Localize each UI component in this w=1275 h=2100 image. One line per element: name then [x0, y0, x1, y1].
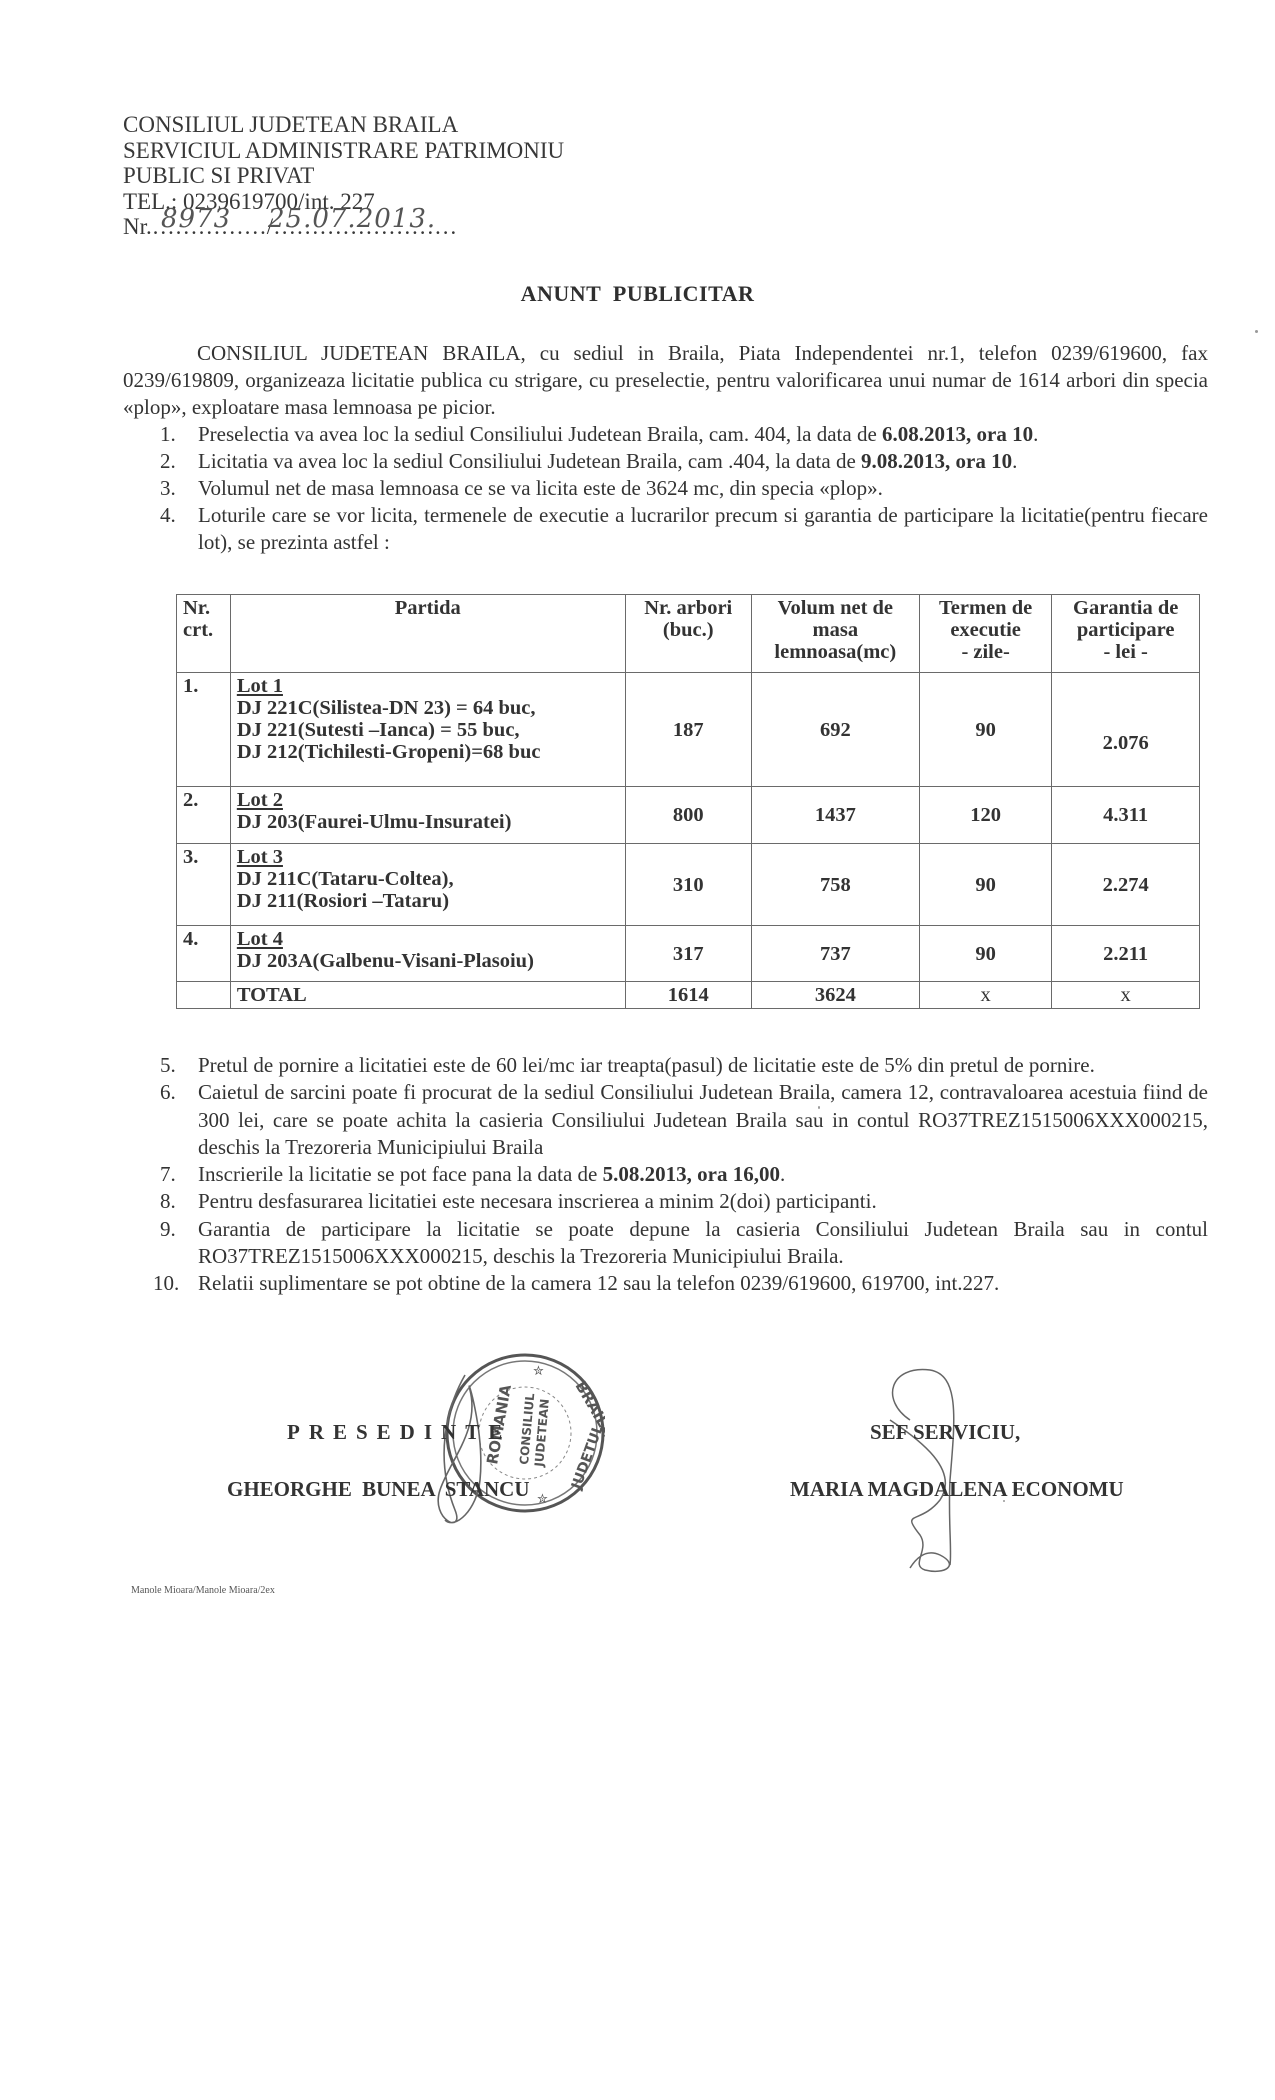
- list-item: 9.Garantia de participare la licitatie s…: [123, 1216, 1208, 1271]
- conditions-list-lower: 5.Pretul de pornire a licitatiei este de…: [123, 1052, 1208, 1298]
- cell-nr-crt: 4.: [177, 926, 231, 982]
- column-header-termen-executie: Termen deexecutie- zile-: [919, 595, 1051, 673]
- president-name: GHEORGHE BUNEA STANCU: [227, 1477, 530, 1502]
- list-item-suffix: .: [1012, 449, 1017, 473]
- list-item-number: 7.: [160, 1161, 176, 1188]
- list-item: 6.Caietul de sarcini poate fi procurat d…: [123, 1079, 1208, 1161]
- cell-partida: Lot 3DJ 211C(Tataru-Coltea),DJ 211(Rosio…: [230, 844, 625, 926]
- president-role: PRESEDINTE: [287, 1420, 530, 1445]
- list-item-text: Loturile care se vor licita, termenele d…: [198, 503, 1208, 554]
- list-item: 8.Pentru desfasurarea licitatiei este ne…: [123, 1188, 1208, 1215]
- column-header-nr-crt: Nr.crt.: [177, 595, 231, 673]
- list-item: 3.Volumul net de masa lemnoasa ce se va …: [123, 475, 1208, 502]
- header-line-service: SERVICIUL ADMINISTRARE PATRIMONIU: [123, 138, 564, 164]
- list-item-emphasis: 5.08.2013, ora 16,00: [603, 1162, 780, 1186]
- list-item-emphasis: 6.08.2013, ora 10: [882, 422, 1033, 446]
- total-garantia: x: [1052, 982, 1200, 1009]
- road-segment: DJ 211C(Tataru-Coltea),: [237, 868, 619, 890]
- list-item-text: Pretul de pornire a licitatiei este de 6…: [198, 1053, 1095, 1077]
- cell-nr-arbori: 310: [625, 844, 751, 926]
- footer-note: Manole Mioara/Manole Mioara/2ex: [131, 1585, 275, 1596]
- cell-partida: Lot 4DJ 203A(Galbenu-Visani-Plasoiu): [230, 926, 625, 982]
- cell-garantia: 4.311: [1052, 787, 1200, 844]
- list-item-text: Inscrierile la licitatie se pot face pan…: [198, 1162, 603, 1186]
- cell-nr-arbori: 187: [625, 673, 751, 787]
- road-segment: DJ 221(Sutesti –Ianca) = 55 buc,: [237, 719, 619, 741]
- total-volum: 3624: [751, 982, 919, 1009]
- list-item-number: 9.: [160, 1216, 176, 1243]
- list-item: 7.Inscrierile la licitatie se pot face p…: [123, 1161, 1208, 1188]
- cell-garantia: 2.211: [1052, 926, 1200, 982]
- cell-volum: 692: [751, 673, 919, 787]
- total-arbori: 1614: [625, 982, 751, 1009]
- list-item-number: 3.: [160, 475, 176, 502]
- signature-block-president: PRESEDINTE GHEORGHE BUNEA STANCU: [227, 1420, 530, 1502]
- list-item-text: Garantia de participare la licitatie se …: [198, 1217, 1208, 1268]
- cell-garantia: 2.274: [1052, 844, 1200, 926]
- road-segment: DJ 203A(Galbenu-Visani-Plasoiu): [237, 950, 619, 972]
- cell-nr-arbori: 800: [625, 787, 751, 844]
- scan-speck: [1003, 1500, 1005, 1502]
- column-header-line: (buc.): [632, 619, 745, 641]
- list-item: 5.Pretul de pornire a licitatiei este de…: [123, 1052, 1208, 1079]
- column-header-line: Nr. arbori: [632, 597, 745, 619]
- cell-termen: 90: [919, 844, 1051, 926]
- header-line-sector: PUBLIC SI PRIVAT: [123, 163, 564, 189]
- list-item-suffix: .: [780, 1162, 785, 1186]
- list-item: 4.Loturile care se vor licita, termenele…: [123, 502, 1208, 556]
- list-item-number: 6.: [160, 1079, 176, 1106]
- column-header-partida: Partida: [230, 595, 625, 673]
- org-header: CONSILIUL JUDETEAN BRAILA SERVICIUL ADMI…: [123, 112, 564, 240]
- cell-nr-crt: 1.: [177, 673, 231, 787]
- svg-text:✮: ✮: [537, 1491, 548, 1506]
- list-item-number: 2.: [160, 448, 176, 475]
- column-header-line: Garantia de: [1058, 597, 1193, 619]
- list-item-text: Pentru desfasurarea licitatiei este nece…: [198, 1189, 877, 1213]
- column-header-volum-net: Volum net demasalemnoasa(mc): [751, 595, 919, 673]
- column-header-line: Nr.: [183, 597, 224, 619]
- scan-speck: [1255, 330, 1258, 333]
- table-row: 3.Lot 3DJ 211C(Tataru-Coltea),DJ 211(Ros…: [177, 844, 1200, 926]
- column-header-line: lemnoasa(mc): [758, 641, 913, 663]
- table-row: 2.Lot 2DJ 203(Faurei-Ulmu-Insuratei)8001…: [177, 787, 1200, 844]
- signature-block-head-of-service: SEF SERVICIU, MARIA MAGDALENA ECONOMU: [790, 1420, 1124, 1502]
- total-termen: x: [919, 982, 1051, 1009]
- column-header-line: Volum net de: [758, 597, 913, 619]
- total-label: TOTAL: [230, 982, 625, 1009]
- list-item-text: Caietul de sarcini poate fi procurat de …: [198, 1080, 1208, 1159]
- column-header-garantia-participare: Garantia departicipare- lei -: [1052, 595, 1200, 673]
- list-item-suffix: .: [1033, 422, 1038, 446]
- road-segment: DJ 203(Faurei-Ulmu-Insuratei): [237, 811, 619, 833]
- column-header-line: crt.: [183, 619, 224, 641]
- nr-label: Nr.: [123, 214, 152, 239]
- road-segment: DJ 221C(Silistea-DN 23) = 64 buc,: [237, 697, 619, 719]
- list-item-number: 10.: [153, 1270, 179, 1297]
- list-item: 2.Licitatia va avea loc la sediul Consil…: [123, 448, 1208, 475]
- road-segment: DJ 211(Rosiori –Tataru): [237, 890, 619, 912]
- cell-nr-crt: 3.: [177, 844, 231, 926]
- cell-partida: Lot 1DJ 221C(Silistea-DN 23) = 64 buc,DJ…: [230, 673, 625, 787]
- handwritten-date: 25.07.2013.: [268, 207, 436, 233]
- cell-volum: 1437: [751, 787, 919, 844]
- lots-table: Nr.crt.PartidaNr. arbori(buc.)Volum net …: [176, 594, 1200, 1009]
- intro-paragraph: CONSILIUL JUDETEAN BRAILA, cu sediul in …: [123, 340, 1208, 421]
- column-header-line: Termen de: [926, 597, 1045, 619]
- cell-nr-crt: [177, 982, 231, 1009]
- table-header-row: Nr.crt.PartidaNr. arbori(buc.)Volum net …: [177, 595, 1200, 673]
- table-row-total: TOTAL16143624xx: [177, 982, 1200, 1009]
- list-item-number: 1.: [160, 421, 176, 448]
- lot-name: Lot 2: [237, 789, 619, 811]
- list-item-emphasis: 9.08.2013, ora 10: [861, 449, 1012, 473]
- cell-garantia: 2.076: [1052, 673, 1200, 787]
- column-header-line: Partida: [237, 597, 619, 619]
- conditions-list-upper: 1.Preselectia va avea loc la sediul Cons…: [123, 421, 1208, 556]
- lot-name: Lot 1: [237, 675, 619, 697]
- cell-termen: 120: [919, 787, 1051, 844]
- lot-name: Lot 3: [237, 846, 619, 868]
- cell-volum: 758: [751, 844, 919, 926]
- road-segment: DJ 212(Tichilesti-Gropeni)=68 buc: [237, 741, 619, 763]
- list-item-number: 5.: [160, 1052, 176, 1079]
- head-of-service-name: MARIA MAGDALENA ECONOMU: [790, 1477, 1124, 1502]
- cell-termen: 90: [919, 926, 1051, 982]
- list-item: 1.Preselectia va avea loc la sediul Cons…: [123, 421, 1208, 448]
- list-item-text: Licitatia va avea loc la sediul Consiliu…: [198, 449, 861, 473]
- column-header-nr-arbori: Nr. arbori(buc.): [625, 595, 751, 673]
- document-title: ANUNT PUBLICITAR: [0, 281, 1275, 307]
- scan-speck: [818, 1106, 820, 1109]
- column-header-line: participare: [1058, 619, 1193, 641]
- lot-name: Lot 4: [237, 928, 619, 950]
- cell-partida: Lot 2DJ 203(Faurei-Ulmu-Insuratei): [230, 787, 625, 844]
- header-line-org: CONSILIUL JUDETEAN BRAILA: [123, 112, 564, 138]
- head-of-service-role: SEF SERVICIU,: [870, 1420, 1124, 1445]
- announcement-body: CONSILIUL JUDETEAN BRAILA, cu sediul in …: [123, 340, 1208, 556]
- list-item-text: Preselectia va avea loc la sediul Consil…: [198, 422, 882, 446]
- list-item: 10.Relatii suplimentare se pot obtine de…: [123, 1270, 1208, 1297]
- cell-termen: 90: [919, 673, 1051, 787]
- table-row: 1.Lot 1DJ 221C(Silistea-DN 23) = 64 buc,…: [177, 673, 1200, 787]
- lots-table-wrapper: Nr.crt.PartidaNr. arbori(buc.)Volum net …: [176, 594, 1200, 1009]
- registration-number-line: Nr.……………/…………………… 8973 25.07.2013.: [123, 214, 564, 240]
- column-header-line: - zile-: [926, 641, 1045, 663]
- svg-text:✮: ✮: [533, 1363, 544, 1378]
- announcement-body-lower: 5.Pretul de pornire a licitatiei este de…: [123, 1052, 1208, 1298]
- column-header-line: executie: [926, 619, 1045, 641]
- list-item-text: Volumul net de masa lemnoasa ce se va li…: [198, 476, 883, 500]
- column-header-line: - lei -: [1058, 641, 1193, 663]
- document-page: CONSILIUL JUDETEAN BRAILA SERVICIUL ADMI…: [0, 0, 1275, 2100]
- list-item-number: 8.: [160, 1188, 176, 1215]
- cell-nr-arbori: 317: [625, 926, 751, 982]
- cell-volum: 737: [751, 926, 919, 982]
- cell-nr-crt: 2.: [177, 787, 231, 844]
- handwritten-registration-number: 8973: [161, 207, 231, 233]
- list-item-number: 4.: [160, 502, 176, 529]
- column-header-line: masa: [758, 619, 913, 641]
- list-item-text: Relatii suplimentare se pot obtine de la…: [198, 1271, 999, 1295]
- table-row: 4.Lot 4DJ 203A(Galbenu-Visani-Plasoiu)31…: [177, 926, 1200, 982]
